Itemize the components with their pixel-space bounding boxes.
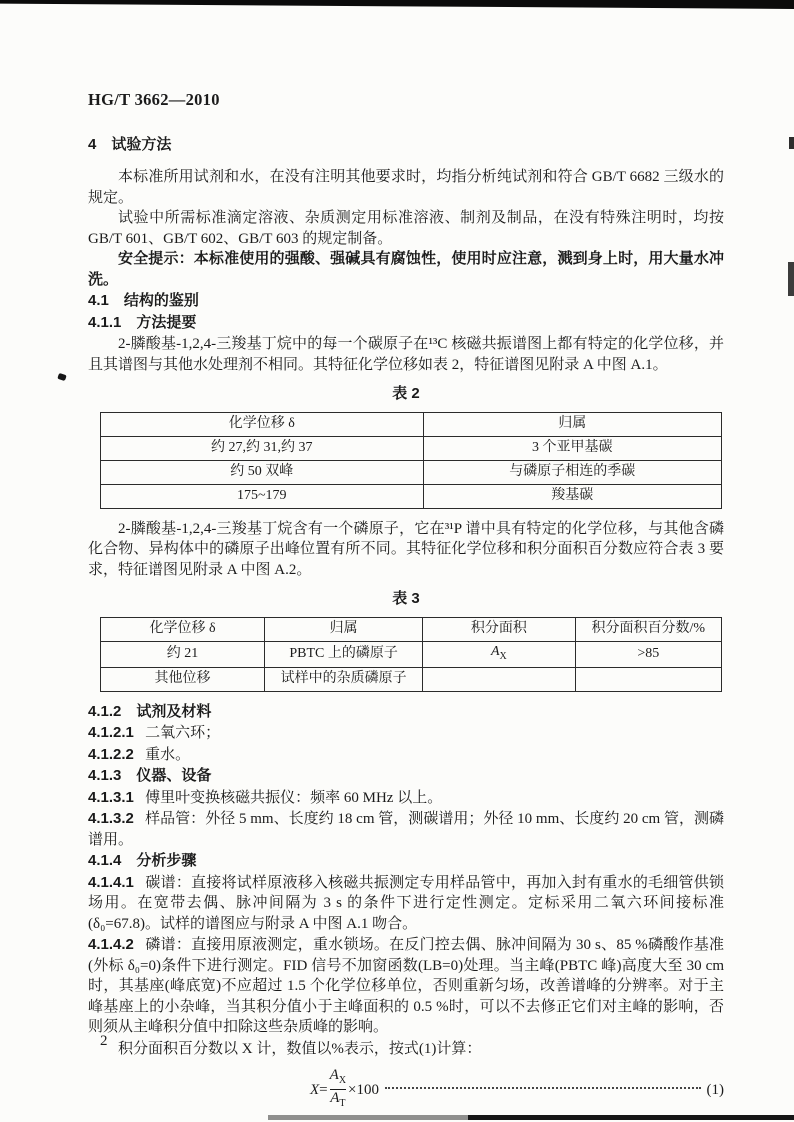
table-row: 约 21 PBTC 上的磷原子 AX >85: [101, 641, 722, 667]
variable-a-subscript: T: [339, 1098, 345, 1109]
table-row: 约 27,约 31,约 37 3 个亚甲基碳: [101, 436, 722, 460]
formula-fraction: AX AT: [330, 1068, 346, 1111]
clause-text: 碳谱：直接将试样原液移入核磁共振测定专用样品管中，再加入封有重水的毛细管供锁场用…: [88, 875, 724, 932]
table-cell: >85: [575, 641, 721, 667]
table-cell-area-symbol: AX: [423, 641, 575, 667]
scan-edge-mark: [788, 262, 794, 296]
clause-text: 二氧六环；: [145, 725, 220, 741]
page-number: 2: [100, 1033, 108, 1050]
clause-4-1-2-2: 4.1.2.2重水。: [88, 745, 724, 766]
clause-number: 4.1.2.1: [88, 724, 134, 741]
table-row: 化学位移 δ 归属: [101, 412, 722, 436]
table-cell: 约 50 双峰: [101, 460, 424, 484]
fraction-numerator: AX: [330, 1068, 346, 1088]
section-heading-4-1-3: 4.1.3 仪器、设备: [88, 766, 724, 787]
equation-number: (1): [707, 1080, 725, 1101]
clause-4-1-2-1: 4.1.2.1二氧六环；: [88, 723, 724, 744]
table-cell: 约 27,约 31,约 37: [101, 436, 424, 460]
table3-header-percent: 积分面积百分数/%: [575, 617, 721, 641]
scan-edge-top: [0, 0, 794, 9]
clause-number: 4.1.2.2: [88, 746, 134, 763]
paragraph-reagents: 本标准所用试剂和水，在没有注明其他要求时，均指分析纯试剂和符合 GB/T 668…: [88, 167, 724, 208]
standard-code-header: HG/T 3662—2010: [88, 90, 724, 111]
variable-a-subscript: X: [500, 650, 507, 661]
clause-4-1-3-2: 4.1.3.2样品管：外径 5 mm、长度约 18 cm 管，测碳谱用；外径 1…: [88, 809, 724, 850]
paragraph-safety-note: 安全提示：本标准使用的强酸、强碱具有腐蚀性，使用时应注意，溅到身上时，用大量水冲…: [88, 249, 724, 290]
table-cell: 3 个亚甲基碳: [423, 436, 721, 460]
variable-a: A: [491, 644, 500, 659]
table-row: 约 50 双峰 与磷原子相连的季碳: [101, 460, 722, 484]
table-row: 化学位移 δ 归属 积分面积 积分面积百分数/%: [101, 617, 722, 641]
clause-number: 4.1.4.1: [88, 874, 134, 891]
table-cell: 羧基碳: [423, 484, 721, 508]
table3-header-assignment: 归属: [265, 617, 423, 641]
clause-text: 傅里叶变换核磁共振仪：频率 60 MHz 以上。: [145, 790, 442, 806]
formula-lhs: X: [310, 1080, 319, 1101]
section-heading-4-1: 4.1 结构的鉴别: [88, 291, 724, 312]
clause-number: 4.1.3.1: [88, 789, 134, 806]
table-cell-empty: [423, 667, 575, 691]
table3-caption: 表 3: [88, 589, 724, 610]
page-content: HG/T 3662—2010 4 试验方法 本标准所用试剂和水，在没有注明其他要…: [88, 90, 724, 1111]
variable-a: A: [330, 1090, 339, 1106]
table-cell: PBTC 上的磷原子: [265, 641, 423, 667]
table2-header-shift: 化学位移 δ: [101, 412, 424, 436]
table-row: 其他位移 试样中的杂质磷原子: [101, 667, 722, 691]
scan-edge-bottom: [268, 1115, 794, 1120]
variable-a-subscript: X: [339, 1075, 346, 1086]
table-row: 175~179 羧基碳: [101, 484, 722, 508]
formula-times-100: ×100: [348, 1080, 379, 1101]
fraction-denominator: AT: [330, 1091, 345, 1111]
table-cell: 其他位移: [101, 667, 265, 691]
table-cell: 175~179: [101, 484, 424, 508]
table-cell: 约 21: [101, 641, 265, 667]
variable-a: A: [330, 1067, 339, 1083]
clause-number: 4.1.4.2: [88, 936, 134, 953]
formula-equals: =: [319, 1080, 327, 1101]
scanned-standard-page: HG/T 3662—2010 4 试验方法 本标准所用试剂和水，在没有注明其他要…: [0, 0, 794, 1122]
section-heading-4-1-1: 4.1.1 方法提要: [88, 313, 724, 334]
clause-4-1-4-2: 4.1.4.2磷谱：直接用原液测定，重水锁场。在反门控去偶、脉冲间隔为 30 s…: [88, 935, 724, 1038]
table3-header-shift: 化学位移 δ: [101, 617, 265, 641]
clause-4-1-3-1: 4.1.3.1傅里叶变换核磁共振仪：频率 60 MHz 以上。: [88, 788, 724, 809]
table-cell-empty: [575, 667, 721, 691]
scan-ink-speck: [57, 373, 66, 381]
equation-1: X = AX AT ×100 (1): [88, 1068, 724, 1111]
scan-edge-mark: [789, 137, 794, 149]
table-cell: 与磷原子相连的季碳: [423, 460, 721, 484]
paragraph-formula-intro: 积分面积百分数以 X 计，数值以%表示，按式(1)计算：: [88, 1039, 724, 1060]
dotted-leader: [385, 1086, 700, 1089]
clause-text: 重水。: [145, 747, 190, 763]
section-heading-4-1-4: 4.1.4 分析步骤: [88, 851, 724, 872]
table3-header-area: 积分面积: [423, 617, 575, 641]
clause-number: 4.1.3.2: [88, 810, 134, 827]
paragraph-solutions: 试验中所需标准滴定溶液、杂质测定用标准溶液、制剂及制品，在没有特殊注明时，均按 …: [88, 208, 724, 249]
paragraph-carbon-nmr: 2-膦酸基-1,2,4-三羧基丁烷中的每一个碳原子在¹³C 核磁共振谱图上都有特…: [88, 334, 724, 375]
clause-text: 样品管：外径 5 mm、长度约 18 cm 管，测碳谱用；外径 10 mm、长度…: [88, 811, 724, 848]
table2-header-assignment: 归属: [423, 412, 721, 436]
section-heading-4-1-2: 4.1.2 试剂及材料: [88, 702, 724, 723]
clause-text: 磷谱：直接用原液测定，重水锁场。在反门控去偶、脉冲间隔为 30 s、85 %磷酸…: [88, 937, 724, 1035]
table2-caption: 表 2: [88, 384, 724, 405]
section-heading-4: 4 试验方法: [88, 135, 724, 156]
clause-4-1-4-1: 4.1.4.1碳谱：直接将试样原液移入核磁共振测定专用样品管中，再加入封有重水的…: [88, 873, 724, 935]
table-cell: 试样中的杂质磷原子: [265, 667, 423, 691]
table-2: 化学位移 δ 归属 约 27,约 31,约 37 3 个亚甲基碳 约 50 双峰…: [100, 412, 722, 509]
table-3: 化学位移 δ 归属 积分面积 积分面积百分数/% 约 21 PBTC 上的磷原子…: [100, 617, 722, 692]
paragraph-phosphorus-nmr: 2-膦酸基-1,2,4-三羧基丁烷含有一个磷原子，它在³¹P 谱中具有特定的化学…: [88, 519, 724, 581]
